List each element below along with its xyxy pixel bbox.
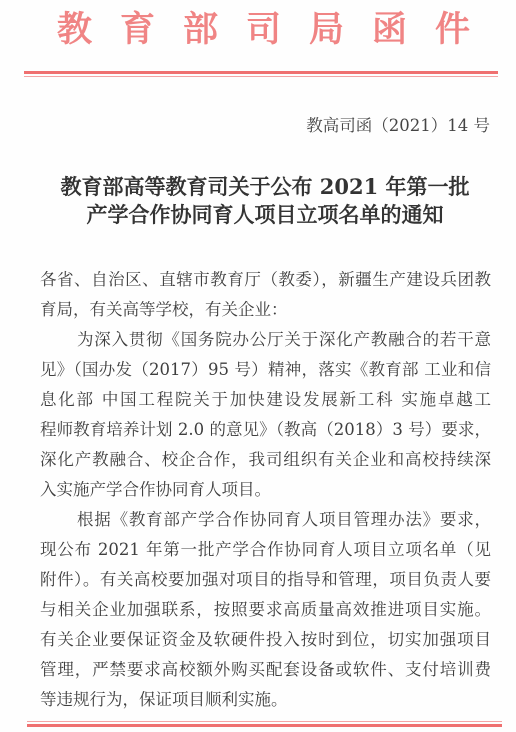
body-line: 各省、自治区、直辖市教育厅（教委），新疆生产建设兵团教 bbox=[40, 265, 491, 295]
body-line: 与相关企业加强联系，按照要求高质量高效推进项目实施。 bbox=[40, 595, 491, 625]
document-body: 各省、自治区、直辖市教育厅（教委），新疆生产建设兵团教 育局，有关高等学校，有关… bbox=[40, 265, 491, 715]
letterhead-rule-thick bbox=[24, 71, 498, 74]
body-line: 为深入贯彻《国务院办公厅关于深化产教融合的若干意 bbox=[40, 325, 491, 355]
footer-rule-thin bbox=[27, 721, 502, 722]
body-line: 附件）。有关高校要加强对项目的指导和管理，项目负责人要 bbox=[40, 565, 491, 595]
body-line: 深化产教融合、校企合作，我司组织有关企业和高校持续深 bbox=[40, 445, 491, 475]
heading-line: 产学合作协同育人项目立项名单的通知 bbox=[40, 201, 490, 229]
paragraph-2: 根据《教育部产学合作协同育人项目管理办法》要求， 现公布 2021 年第一批产学… bbox=[40, 505, 491, 715]
body-line: 入实施产学合作协同育人项目。 bbox=[40, 475, 491, 505]
heading-line: 教育部高等教育司关于公布 2021 年第一批 bbox=[40, 173, 490, 201]
document-heading: 教育部高等教育司关于公布 2021 年第一批 产学合作协同育人项目立项名单的通知 bbox=[40, 173, 490, 229]
body-line: 有关企业要保证资金及软硬件投入按时到位，切实加强项目 bbox=[40, 625, 491, 655]
body-line: 育局，有关高等学校，有关企业： bbox=[40, 295, 491, 325]
body-line: 等违规行为，保证项目顺利实施。 bbox=[40, 685, 491, 715]
body-line: 管理，严禁要求高校额外购买配套设备或软件、支付培训费 bbox=[40, 655, 491, 685]
footer-rule-thick bbox=[27, 724, 502, 727]
letterhead-title: 教育部司局函件 bbox=[57, 10, 498, 50]
body-line: 现公布 2021 年第一批产学合作协同育人项目立项名单（见 bbox=[40, 535, 491, 565]
paragraph-1: 为深入贯彻《国务院办公厅关于深化产教融合的若干意 见》（国办发（2017）95 … bbox=[40, 325, 491, 505]
body-line: 根据《教育部产学合作协同育人项目管理办法》要求， bbox=[40, 505, 491, 535]
body-line: 程师教育培养计划 2.0 的意见》（教高（2018）3 号）要求， bbox=[40, 415, 491, 445]
document-number: 教高司函（2021）14 号 bbox=[306, 117, 490, 135]
body-line: 见》（国办发（2017）95 号）精神，落实《教育部 工业和信 bbox=[40, 355, 491, 385]
letterhead-rule-thin bbox=[24, 76, 498, 77]
salutation: 各省、自治区、直辖市教育厅（教委），新疆生产建设兵团教 育局，有关高等学校，有关… bbox=[40, 265, 491, 325]
body-line: 息化部 中国工程院关于加快建设发展新工科 实施卓越工 bbox=[40, 385, 491, 415]
